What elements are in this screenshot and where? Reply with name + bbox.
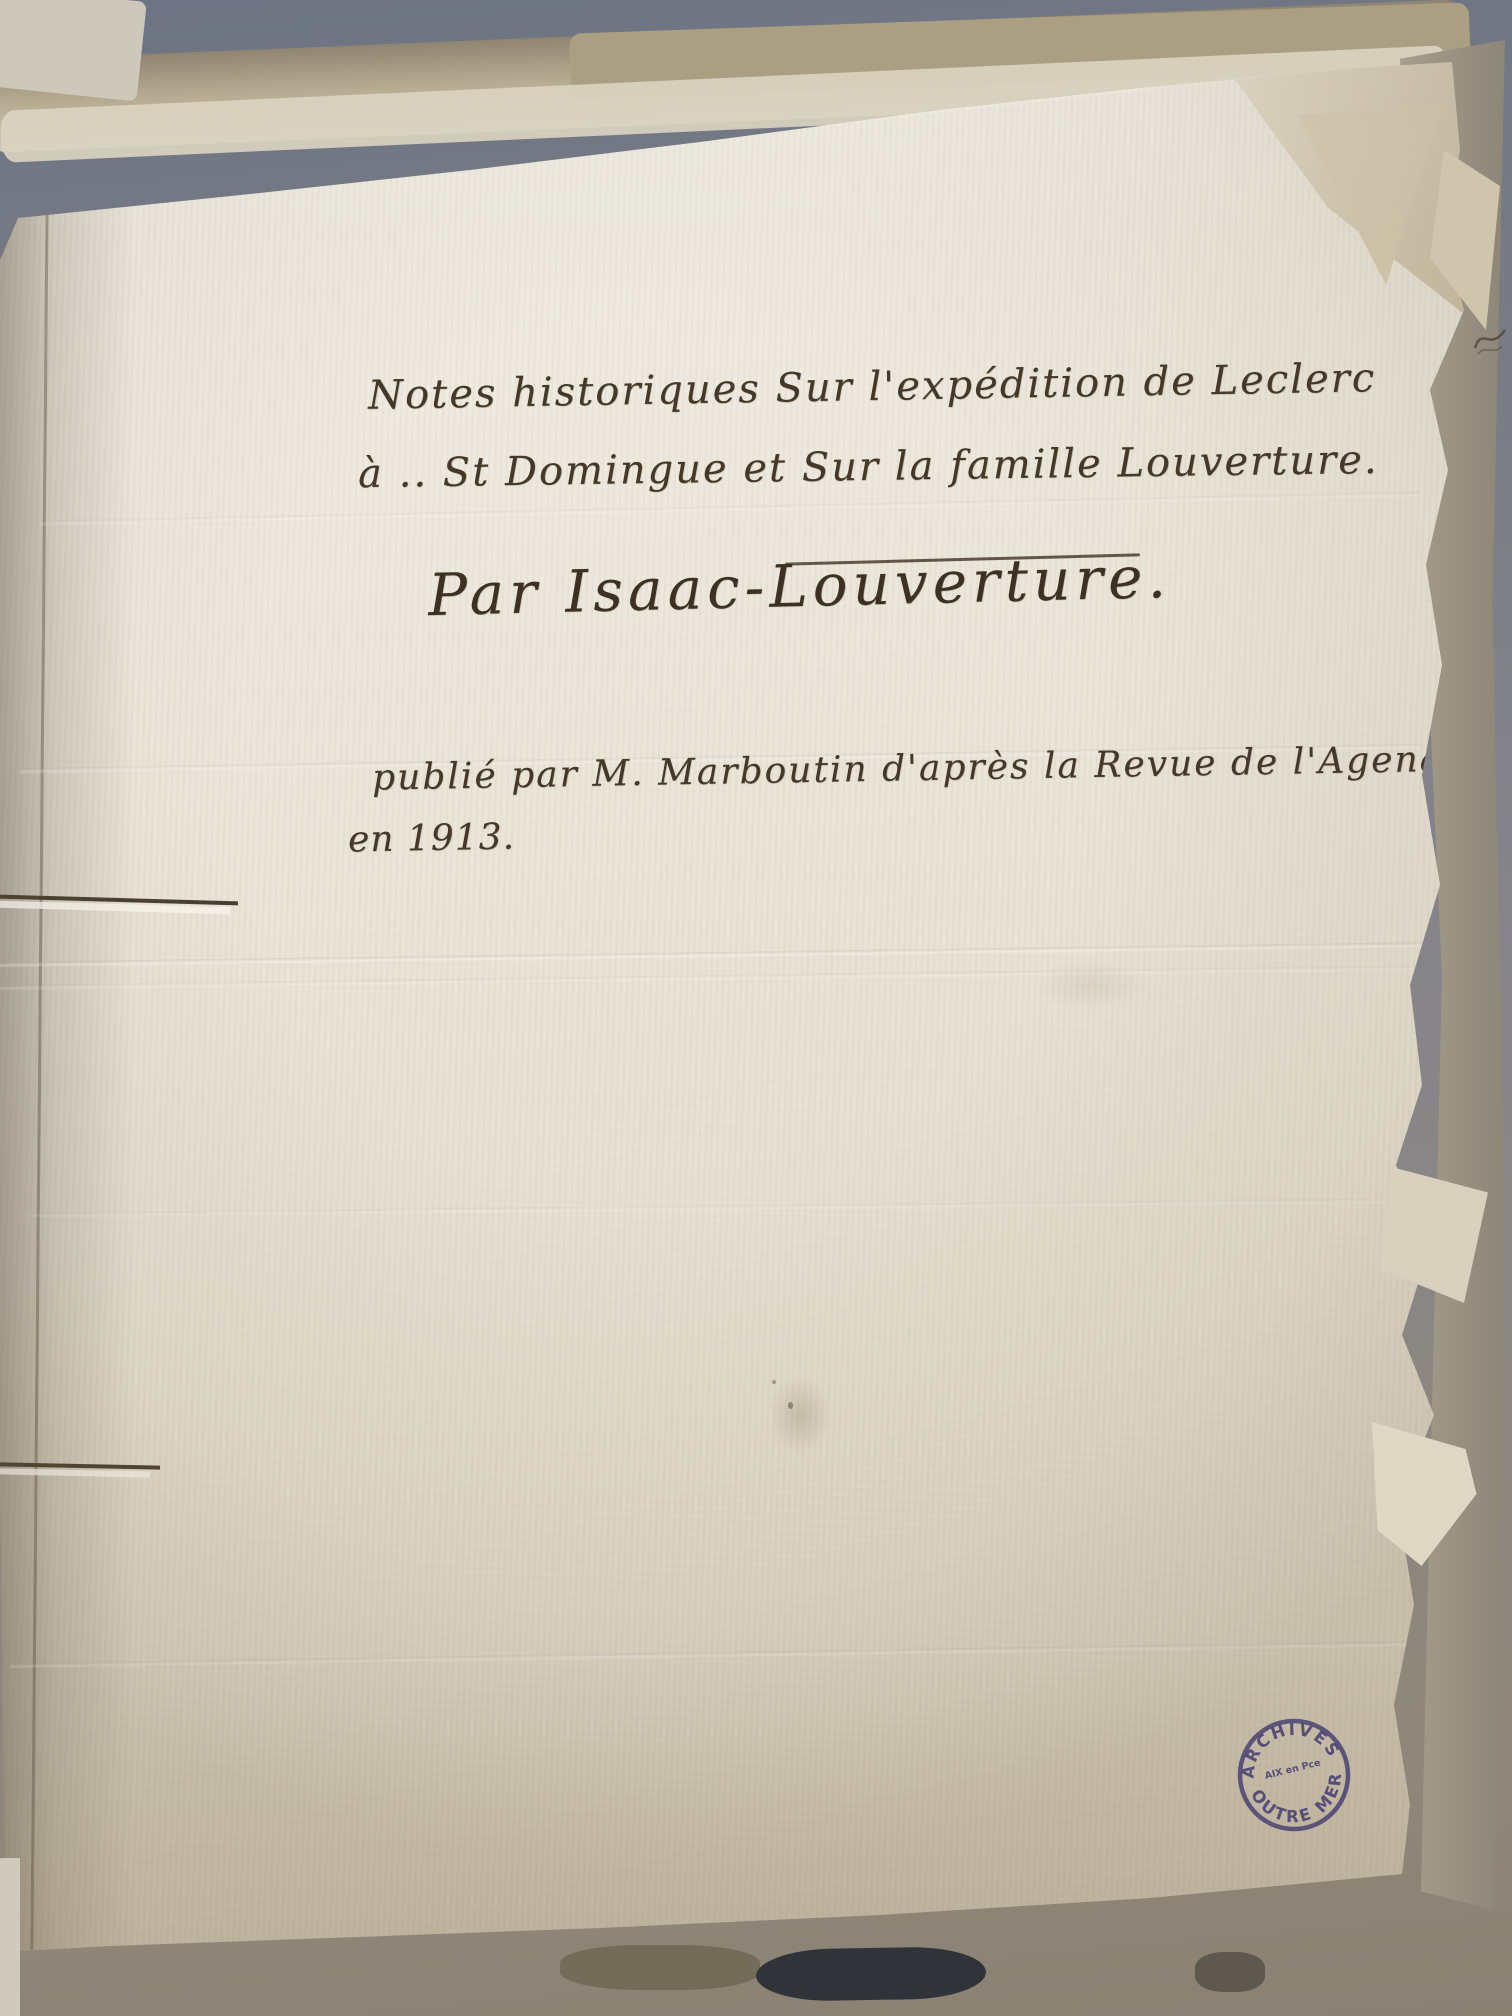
cover-edge-dark xyxy=(756,1946,987,2002)
manuscript-photo: Notes historiques Sur l'expédition de Le… xyxy=(0,0,1512,2016)
ink-fragment xyxy=(1472,318,1508,358)
cover-cloth-strip xyxy=(0,1858,20,2016)
stamp-text-center: AIX en Pce xyxy=(1264,1757,1322,1781)
cover-corner-fragment xyxy=(0,0,147,102)
cover-edge-shadow xyxy=(1195,1952,1265,1992)
year-note: en 1913. xyxy=(348,817,516,861)
manuscript-page: Notes historiques Sur l'expédition de Le… xyxy=(0,0,1512,2016)
cover-edge-worn xyxy=(560,1945,760,1990)
